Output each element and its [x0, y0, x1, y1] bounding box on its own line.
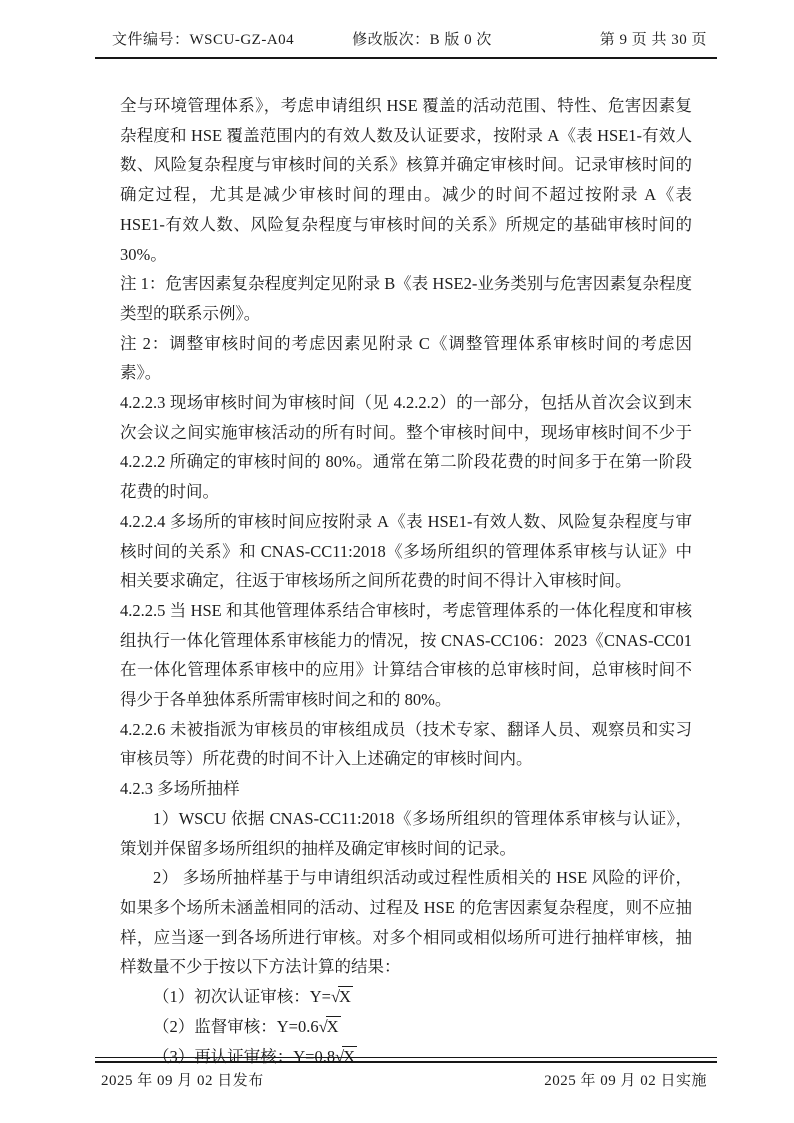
list-item-1: 1）WSCU 依据 CNAS-CC11:2018《多场所组织的管理体系审核与认证… [120, 804, 692, 863]
sqrt-radicand: X [338, 986, 353, 1008]
clause-4-2-2-4: 4.2.2.4 多场所的审核时间应按附录 A《表 HSE1-有效人数、风险复杂程… [120, 507, 692, 596]
para-continuation: 全与环境管理体系》，考虑申请组织 HSE 覆盖的活动范围、特性、危害因素复杂程度… [120, 91, 692, 269]
document-body: 全与环境管理体系》，考虑申请组织 HSE 覆盖的活动范围、特性、危害因素复杂程度… [120, 91, 692, 1071]
clause-4-2-3-heading: 4.2.3 多场所抽样 [120, 774, 692, 804]
doc-number: 文件编号：WSCU-GZ-A04 [112, 28, 294, 49]
clause-4-2-2-6: 4.2.2.6 未被指派为审核员的审核组成员（技术专家、翻译人员、观察员和实习审… [120, 715, 692, 774]
sqrt-expression: √X [319, 1017, 341, 1036]
formula-initial-audit: （1）初次认证审核：Y=√X [120, 982, 692, 1012]
issued-date: 2025 年 09 月 02 日发布 [101, 1069, 264, 1090]
page-header: 文件编号：WSCU-GZ-A04 修改版次：B 版 0 次 第 9 页 共 30… [95, 28, 717, 59]
formula-surveillance-audit: （2）监督审核：Y=0.6√X [120, 1012, 692, 1042]
footer-rule-top [95, 1057, 717, 1058]
list-item-2: 2） 多场所抽样基于与申请组织活动或过程性质相关的 HSE 风险的评价，如果多个… [120, 863, 692, 982]
document-page: 文件编号：WSCU-GZ-A04 修改版次：B 版 0 次 第 9 页 共 30… [0, 0, 794, 1123]
formula-prefix: （2）监督审核：Y=0.6 [153, 1017, 319, 1036]
clause-4-2-2-5: 4.2.2.5 当 HSE 和其他管理体系结合审核时，考虑管理体系的一体化程度和… [120, 596, 692, 715]
note-2: 注 2：调整审核时间的考虑因素见附录 C《调整管理体系审核时间的考虑因素》。 [120, 329, 692, 388]
implemented-date: 2025 年 09 月 02 日实施 [544, 1069, 707, 1090]
page-footer: 2025 年 09 月 02 日发布 2025 年 09 月 02 日实施 [95, 1057, 717, 1090]
sqrt-expression: √X [331, 987, 353, 1006]
revision-info: 修改版次：B 版 0 次 [352, 28, 492, 49]
page-number-info: 第 9 页 共 30 页 [600, 28, 707, 49]
formula-prefix: （1）初次认证审核：Y= [153, 987, 331, 1006]
clause-4-2-2-3: 4.2.2.3 现场审核时间为审核时间（见 4.2.2.2）的一部分，包括从首次… [120, 388, 692, 507]
sqrt-radicand: X [326, 1016, 341, 1038]
note-1: 注 1：危害因素复杂程度判定见附录 B《表 HSE2-业务类别与危害因素复杂程度… [120, 269, 692, 328]
